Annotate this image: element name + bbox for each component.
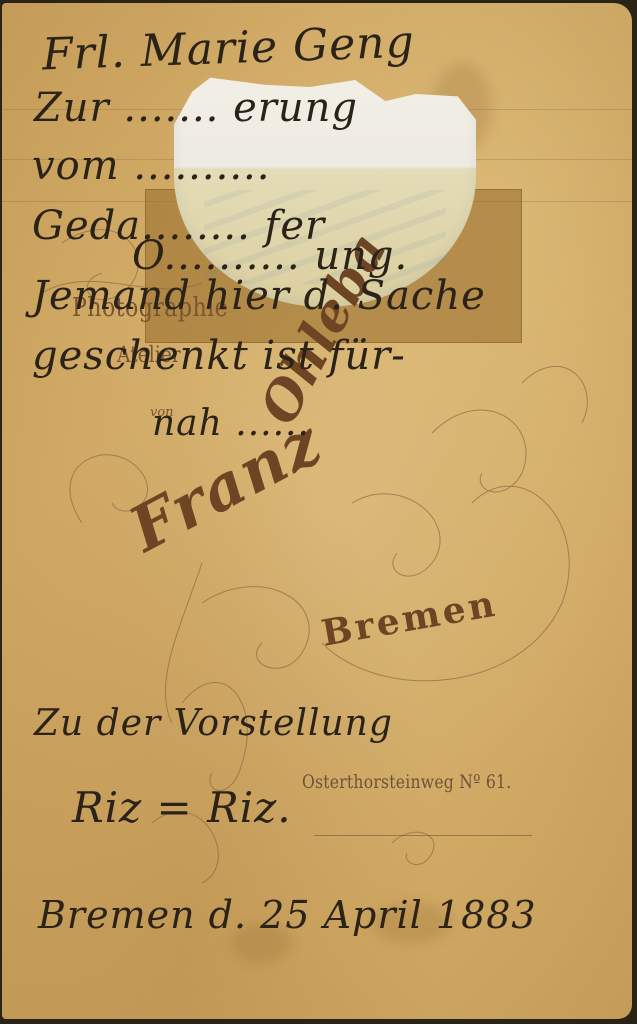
handwriting-line: Jemand hier d. Sache [32, 273, 486, 319]
handwriting-line: nah ...... [152, 403, 310, 444]
printed-address: Osterthorsteinweg Nº 61. [302, 771, 511, 793]
printed-divider [314, 835, 532, 836]
handwriting-line: geschenkt ist für- [32, 333, 406, 379]
printed-city: Bremen [318, 583, 500, 655]
handwriting-line: Riz = Riz. [72, 783, 292, 832]
handwriting-line: vom .......... [32, 143, 270, 189]
photo-card-back: Photographie Atelier von Franz Ohleba Br… [2, 3, 632, 1019]
handwriting-line: Zu der Vorstellung [34, 703, 393, 744]
handwriting-line: Frl. Marie Geng [41, 17, 415, 81]
handwriting-line: Zur ....... erung [34, 85, 358, 131]
handwriting-date-line: Bremen d. 25 April 1883 [38, 893, 537, 937]
